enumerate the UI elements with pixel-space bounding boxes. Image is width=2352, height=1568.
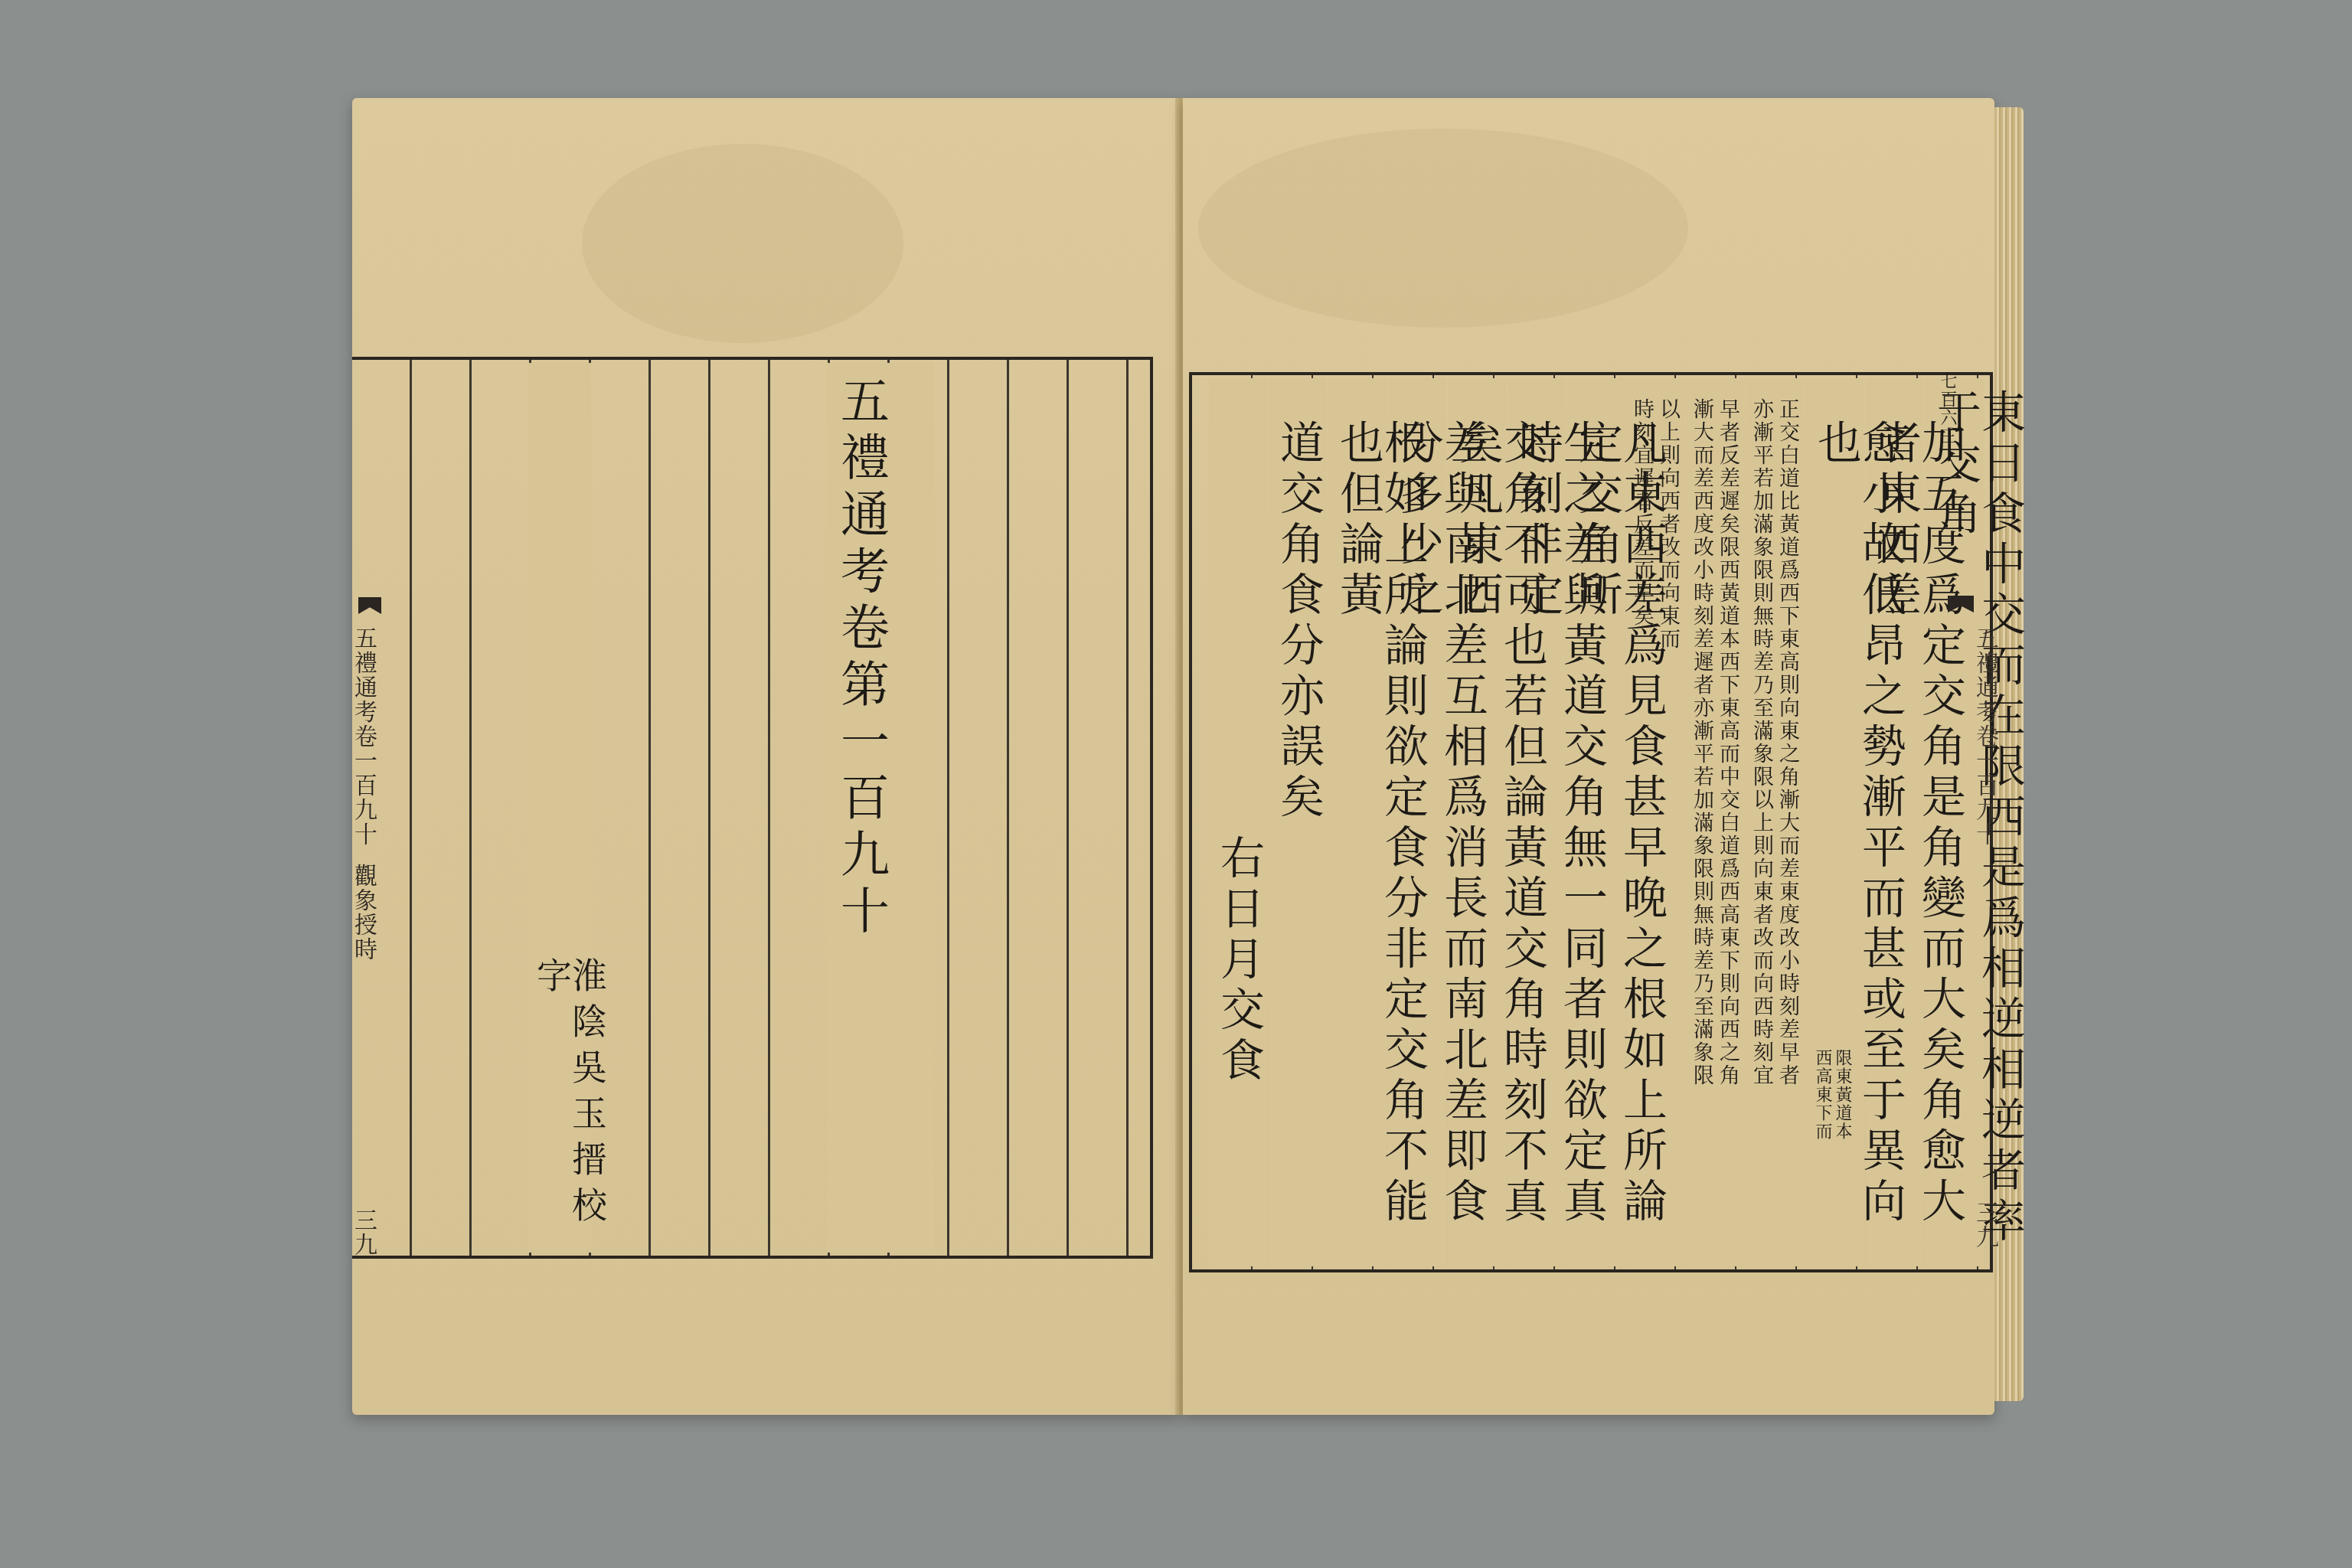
- collator-credit: 淮陰吳玉搢校字: [534, 957, 605, 1256]
- page-marker: 七百六三: [1939, 372, 1955, 446]
- column-rules: [352, 360, 1150, 1256]
- note-column-4a: 正交白道比黃道爲西下東高則向東之角漸大而差東度改小時刻差早者: [1777, 398, 1798, 1087]
- note-3b: 西高東下而: [1814, 1049, 1831, 1141]
- volume-title: 五禮通考卷第一百九十: [836, 375, 885, 942]
- left-page-border-frame: 五禮通考卷第一百九十 淮陰吳玉搢校字: [352, 357, 1153, 1259]
- right-fold-margin-page-number: 三九: [1968, 1200, 2001, 1249]
- note-column-5b: 漸大而差西度改小時刻差遲者亦漸平若加滿象限則無時差乃至滿象限: [1691, 398, 1712, 1087]
- text-column-11: 根如上所論則欲定食分非定交角不能也但論黃: [1336, 420, 1425, 1269]
- paper-stain: [582, 144, 903, 343]
- open-book: 五禮通考卷第一百九十 淮陰吳玉搢校字 五禮通考卷一百九十 觀象授時 三九 東日食…: [352, 98, 2021, 1415]
- text-column-12: 道交角食分亦誤矣: [1276, 420, 1321, 824]
- note-column-4b: 亦漸平若加滿象限則無時差乃至滿象限以上則向東者改而向西時刻宜: [1751, 398, 1772, 1087]
- right-page-border-frame: 東日食中交而在限西是爲相逆相逆者率于交角 加五度爲定交角是角變而大矣角愈大者東西…: [1189, 372, 1993, 1272]
- column-bg: [1209, 378, 1267, 1266]
- paper-stain: [1198, 129, 1688, 328]
- right-fold-margin-title: 五禮通考卷一百九十: [1968, 626, 2001, 847]
- fold-margin-title: 五禮通考卷一百九十: [346, 626, 380, 847]
- fold-margin-page-number: 三九: [346, 1208, 380, 1257]
- text-column-3: 愈小故低昂之勢漸平而甚或至于異向也: [1814, 420, 1903, 1269]
- fold-margin-section: 觀象授時: [346, 864, 380, 962]
- left-page: 五禮通考卷第一百九十 淮陰吳玉搢校字 五禮通考卷一百九十 觀象授時 三九: [352, 98, 1179, 1415]
- section-end-heading: 右日月交食: [1217, 835, 1261, 1087]
- note-3a: 限東黃道本: [1834, 1049, 1851, 1141]
- note-column-5a: 早者反差遲矣限西黃道本西下東高而中交白道爲西高東下則向西之角: [1717, 398, 1738, 1087]
